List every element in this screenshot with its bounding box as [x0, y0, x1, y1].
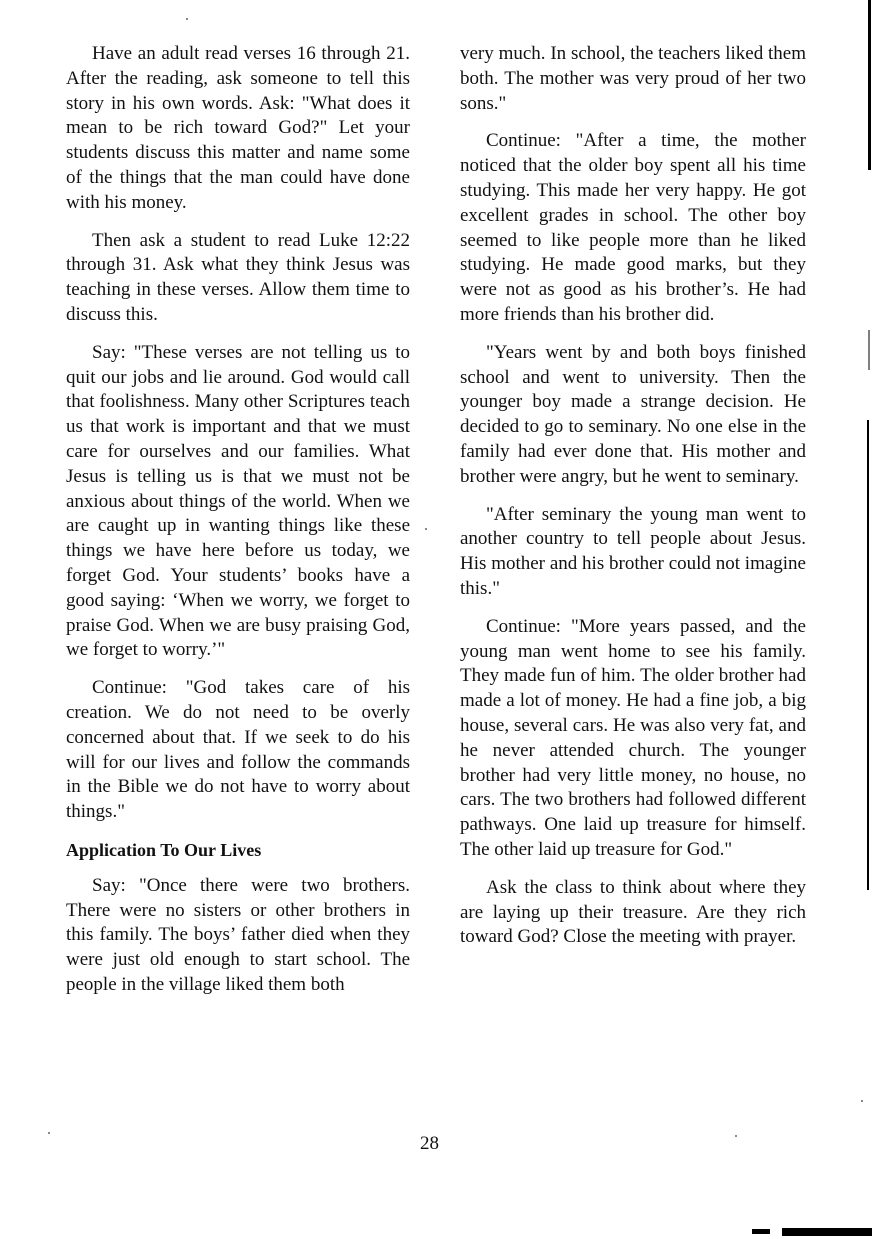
paragraph-more-years: Continue: "More years passed, and the yo… — [460, 615, 806, 863]
paragraph-continuation: very much. In school, the teachers liked… — [460, 42, 806, 116]
scan-speck — [861, 1100, 863, 1102]
paragraph-after-seminary: "After seminary the young man went to an… — [460, 503, 806, 602]
scan-edge-artifact — [867, 420, 869, 890]
paragraph-say-verses: Say: "These verses are not telling us to… — [66, 341, 410, 663]
scan-edge-artifact — [752, 1229, 770, 1234]
paragraph-luke-reading: Then ask a student to read Luke 12:22 th… — [66, 229, 410, 328]
paragraph-after-a-time: Continue: "After a time, the mother noti… — [460, 129, 806, 327]
paragraph-closing: Ask the class to think about where they … — [460, 876, 806, 950]
left-column: Have an adult read verses 16 through 21.… — [66, 42, 410, 1011]
paragraph-two-brothers: Say: "Once there were two brothers. Ther… — [66, 874, 410, 998]
right-column: very much. In school, the teachers liked… — [460, 42, 806, 963]
scan-edge-artifact — [868, 330, 870, 370]
scanned-page: Have an adult read verses 16 through 21.… — [0, 0, 872, 1239]
scan-speck — [186, 18, 188, 20]
paragraph-reading-instructions: Have an adult read verses 16 through 21.… — [66, 42, 410, 216]
paragraph-continue-creation: Continue: "God takes care of his creatio… — [66, 676, 410, 825]
paragraph-years-went-by: "Years went by and both boys finished sc… — [460, 341, 806, 490]
scan-speck — [48, 1132, 50, 1134]
scan-edge-artifact — [868, 0, 871, 170]
scan-speck — [425, 528, 427, 530]
page-number: 28 — [420, 1133, 439, 1155]
section-heading: Application To Our Lives — [66, 838, 410, 863]
scan-edge-artifact — [782, 1228, 872, 1236]
scan-speck — [735, 1135, 737, 1137]
